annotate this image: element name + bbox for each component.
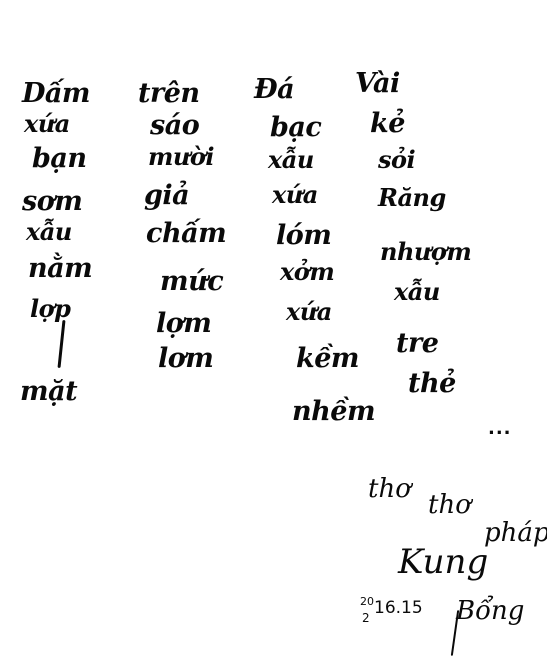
poem-word: kẻ [370, 110, 405, 137]
date-year: 16.15 [374, 600, 423, 617]
poem-word: kềm [296, 345, 359, 372]
poem-word: nhềm [292, 398, 375, 425]
poem-word: xứa [286, 300, 332, 324]
poem-word: giả [144, 182, 189, 209]
calligraphy-page: Dấm xứa bạn sơm xẫu nằm lợp mặt trên sáo… [0, 0, 547, 667]
signature-name: Kung [398, 545, 488, 579]
poem-word: lợp [30, 297, 70, 321]
poem-word: Răng [378, 186, 446, 210]
poem-word: mười [148, 145, 214, 169]
poem-word: Vài [355, 70, 400, 97]
poem-word: Đá [254, 76, 294, 103]
poem-word: xẫu [268, 148, 314, 172]
poem-word: Dấm [22, 80, 90, 107]
poem-word: lơm [158, 345, 213, 372]
poem-word: xẫu [26, 220, 72, 244]
poem-word: mặt [20, 378, 77, 405]
poem-word: xẫu [394, 280, 440, 304]
poem-word: xởm [280, 260, 334, 284]
poem-word: mức [160, 268, 223, 295]
poem-word: nằm [28, 255, 92, 282]
signature-text: thơ [368, 476, 411, 502]
ink-stroke [451, 610, 459, 656]
poem-word: sỏi [378, 148, 415, 172]
poem-word: trên [138, 80, 200, 107]
signature-place: Bổng [456, 598, 524, 624]
poem-word: tre [396, 330, 438, 357]
poem-word: lợm [156, 310, 211, 337]
signature-text: pháp [484, 520, 547, 546]
ellipsis-mark: ... [488, 418, 512, 439]
poem-word: sáo [150, 112, 199, 139]
date-prefix: 2 [362, 612, 370, 624]
poem-word: thẻ [408, 370, 456, 397]
poem-word: nhượm [380, 240, 471, 264]
poem-word: lóm [276, 222, 331, 249]
poem-word: bạc [270, 114, 321, 141]
poem-word: bạn [32, 145, 87, 172]
poem-word: xứa [24, 112, 70, 136]
poem-word: chấm [146, 220, 226, 247]
date-century: 20 [360, 596, 374, 607]
ink-stroke [57, 320, 65, 368]
signature-text: thơ [428, 492, 471, 518]
poem-word: sơm [22, 188, 82, 215]
poem-word: xứa [272, 183, 318, 207]
